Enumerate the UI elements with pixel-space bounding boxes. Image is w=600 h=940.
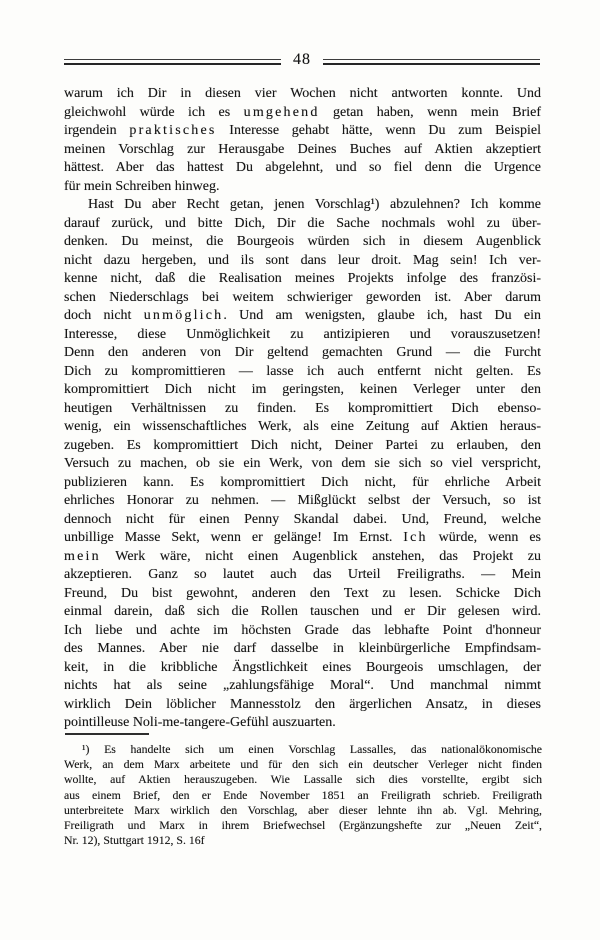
book-page-scan: 48 warum ich Dir in diesen vier Wochen n… xyxy=(0,0,600,940)
emphasized-text: unmöglich xyxy=(144,308,224,323)
text-line: kompromittiert Dich nicht im geringsten,… xyxy=(64,381,541,400)
page-number: 48 xyxy=(281,52,323,68)
text-line: Werk, an dem Marx arbeitete und für den … xyxy=(64,757,542,772)
emphasized-text: praktisches xyxy=(129,123,216,138)
text-line: pointilleuse Noli-me-tangere-Gefühl ausz… xyxy=(64,714,541,733)
paragraph-continuation: warum ich Dir in diesen vier Wochen nich… xyxy=(64,85,541,196)
text-line: Versuch zu machen, ob sie ein Werk, von … xyxy=(64,455,541,474)
text-line: dennoch nicht für einen Penny Skandal da… xyxy=(64,511,541,530)
text-line: unbillige Masse Sekt, wenn er gelänge! I… xyxy=(64,529,541,548)
text-line: einmal darein, daß sich die Rollen tausc… xyxy=(64,603,541,622)
text-line: irgendein praktisches Interesse gehabt h… xyxy=(64,122,541,141)
text-line: hättest. Aber das hattest Du abgelehnt, … xyxy=(64,159,541,178)
text-line: Denn den anderen von Dir geltend gemacht… xyxy=(64,344,541,363)
footnote-separator-rule xyxy=(65,733,149,735)
text-line: zugeben. Es kompromittiert Dich nicht, D… xyxy=(64,437,541,456)
text-line: gleichwohl würde ich es umgehend getan h… xyxy=(64,104,541,123)
text-line: darauf zurück, und bitte Dich, Dir die S… xyxy=(64,215,541,234)
header-rule-right xyxy=(323,59,540,65)
text-line: schen Niederschlags bei weitem schwierig… xyxy=(64,289,541,308)
text-line: akzeptieren. Ganz so lautet auch das Urt… xyxy=(64,566,541,585)
text-line: wollte, auf Aktien herauszugeben. Wie La… xyxy=(64,772,542,787)
text-line: publizieren kann. Es kompromittiert Dich… xyxy=(64,474,541,493)
text-line: warum ich Dir in diesen vier Wochen nich… xyxy=(64,85,541,104)
text-line: Nr. 12), Stuttgart 1912, S. 16f xyxy=(64,833,542,848)
footnote-text: ¹) Es handelte sich um einen Vorschlag L… xyxy=(64,742,542,848)
text-line: nicht dazu hergeben, und ils sont dans l… xyxy=(64,252,541,271)
text-line: keit, in die kribbliche Ängstlichkeit ei… xyxy=(64,659,541,678)
text-line: Dich zu kompromittieren — lasse ich auch… xyxy=(64,363,541,382)
text-line: wirklich Dein löblicher Mannesstolz den … xyxy=(64,696,541,715)
text-line: heutigen Verhältnissen zu finden. Es kom… xyxy=(64,400,541,419)
text-line: denken. Du meinst, die Bourgeois würden … xyxy=(64,233,541,252)
text-line: unterbreitete Marx wirklich den Vorschla… xyxy=(64,803,542,818)
text-line: Freund, Du bist gewohnt, anderen den Tex… xyxy=(64,585,541,604)
text-line: des Mannes. Aber nie darf dasselbe in kl… xyxy=(64,640,541,659)
text-line: für mein Schreiben hinweg. xyxy=(64,178,541,197)
text-line: nichts hat als seine „zahlungsfähige Mor… xyxy=(64,677,541,696)
letter-body: warum ich Dir in diesen vier Wochen nich… xyxy=(64,85,541,733)
text-line: kenne nicht, daß die Realisation meines … xyxy=(64,270,541,289)
running-head: 48 xyxy=(64,54,540,70)
text-line: doch nicht unmöglich. Und am wenigsten, … xyxy=(64,307,541,326)
text-line: wenig, ein wissenschaftliches Werk, als … xyxy=(64,418,541,437)
paragraph-main: Hast Du aber Recht getan, jenen Vorschla… xyxy=(64,196,541,733)
text-line: Freiligrath und Marx in ihrem Briefwechs… xyxy=(64,818,542,833)
emphasized-text: umgehend xyxy=(244,105,320,120)
text-line: mein Werk wäre, nicht einen Augenblick a… xyxy=(64,548,541,567)
emphasized-text: Ich xyxy=(403,530,427,545)
text-line: aus einem Brief, den er Ende November 18… xyxy=(64,788,542,803)
text-line: Hast Du aber Recht getan, jenen Vorschla… xyxy=(64,196,541,215)
text-line: meinen Vorschlag zur Herausgabe Deines B… xyxy=(64,141,541,160)
text-line: Interesse, diese Unmöglichkeit zu antizi… xyxy=(64,326,541,345)
header-rule-left xyxy=(64,59,281,65)
text-line: ehrliches Honorar zu nehmen. — Mißglückt… xyxy=(64,492,541,511)
text-line: ¹) Es handelte sich um einen Vorschlag L… xyxy=(64,742,542,757)
text-line: Ich liebe und achte im höchsten Grade da… xyxy=(64,622,541,641)
emphasized-text: mein xyxy=(64,549,101,564)
